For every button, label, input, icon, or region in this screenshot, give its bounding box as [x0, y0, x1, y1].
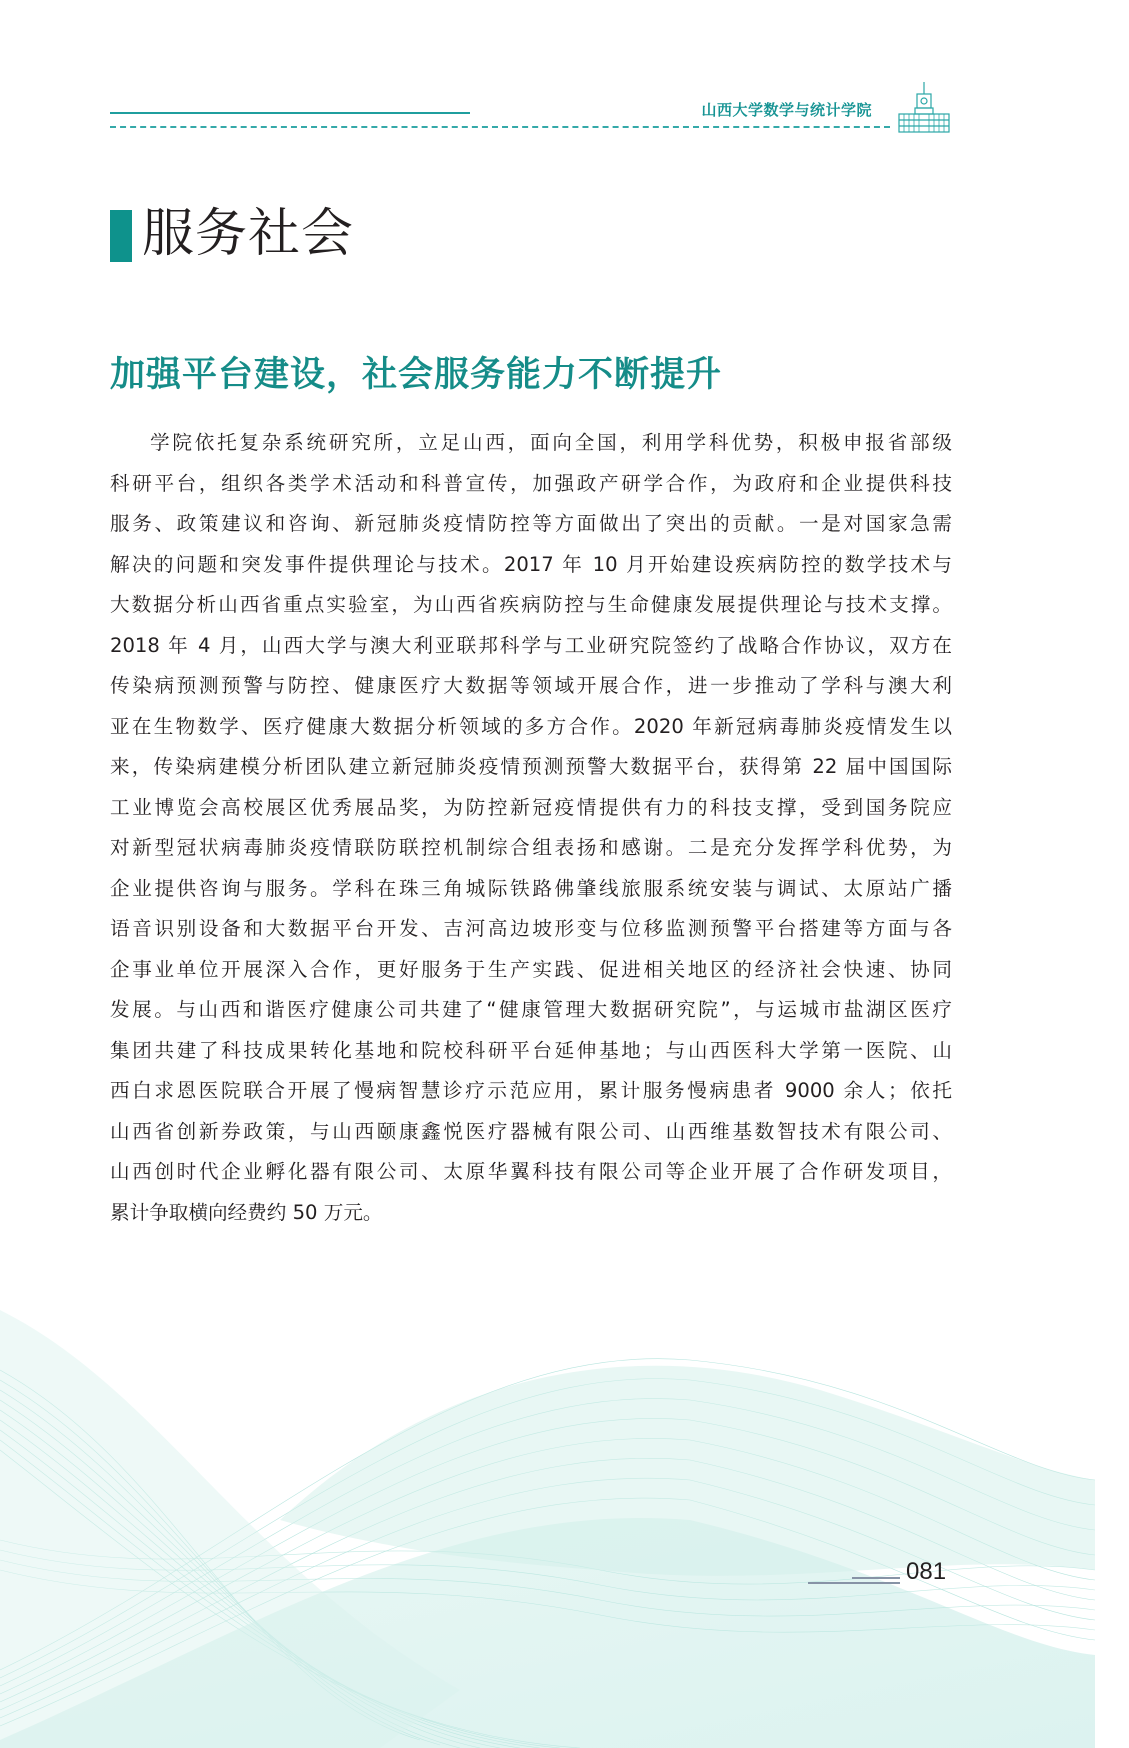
body-line: 发展。与山西和谐医疗健康公司共建了“健康管理大数据研究院”，与运城市盐湖区医疗: [110, 990, 952, 1031]
body-line: 累计争取横向经费约 50 万元。: [110, 1193, 952, 1234]
body-line: 语音识别设备和大数据平台开发、吉河高边坡形变与位移监测预警平台搭建等方面与各: [110, 909, 952, 950]
page-number-line-short: [852, 1577, 900, 1579]
body-line: 来，传染病建模分析团队建立新冠肺炎疫情预测预警大数据平台，获得第 22 届中国国…: [110, 747, 952, 788]
page-number: 081: [906, 1558, 946, 1586]
body-line: 学院依托复杂系统研究所，立足山西，面向全国，利用学科优势，积极申报省部级: [110, 423, 952, 464]
header-dashed-line: [110, 126, 890, 128]
body-line: 服务、政策建议和咨询、新冠肺炎疫情防控等方面做出了突出的贡献。一是对国家急需: [110, 504, 952, 545]
body-line: 集团共建了科技成果转化基地和院校科研平台延伸基地；与山西医科大学第一医院、山: [110, 1031, 952, 1072]
body-line: 大数据分析山西省重点实验室，为山西省疾病防控与生命健康发展提供理论与技术支撑。: [110, 585, 952, 626]
body-line: 山西创时代企业孵化器有限公司、太原华翼科技有限公司等企业开展了合作研发项目，: [110, 1152, 952, 1193]
body-line: 西白求恩医院联合开展了慢病智慧诊疗示范应用，累计服务慢病患者 9000 余人；依…: [110, 1071, 952, 1112]
section-title-bar: [110, 210, 132, 262]
subtitle-heading: 加强平台建设，社会服务能力不断提升: [110, 353, 722, 397]
body-line: 传染病预测预警与防控、健康医疗大数据等领域开展合作，进一步推动了学科与澳大利: [110, 666, 952, 707]
page-number-block: 081: [808, 1556, 958, 1596]
body-line: 科研平台，组织各类学术活动和科普宣传，加强政产研学合作，为政府和企业提供科技: [110, 464, 952, 505]
body-paragraph: 学院依托复杂系统研究所，立足山西，面向全国，利用学科优势，积极申报省部级 科研平…: [110, 423, 952, 1233]
body-line: 企业提供咨询与服务。学科在珠三角城际铁路佛肇线旅服系统安装与调试、太原站广播: [110, 869, 952, 910]
section-title: 服务社会: [142, 203, 354, 265]
body-line: 山西省创新券政策，与山西颐康鑫悦医疗器械有限公司、山西维基数智技术有限公司、: [110, 1112, 952, 1153]
university-building-icon: [895, 80, 953, 136]
body-line: 工业博览会高校展区优秀展品奖，为防控新冠疫情提供有力的科技支撑，受到国务院应: [110, 788, 952, 829]
header-institution-title: 山西大学数学与统计学院: [680, 99, 872, 120]
wave-decoration: [0, 1270, 1095, 1748]
header-solid-line: [110, 112, 470, 114]
body-line: 解决的问题和突发事件提供理论与技术。2017 年 10 月开始建设疾病防控的数学…: [110, 545, 952, 586]
body-line: 2018 年 4 月，山西大学与澳大利亚联邦科学与工业研究院签约了战略合作协议，…: [110, 626, 952, 667]
body-line: 企事业单位开展深入合作，更好服务于生产实践、促进相关地区的经济社会快速、协同: [110, 950, 952, 991]
body-line: 亚在生物数学、医疗健康大数据分析领域的多方合作。2020 年新冠病毒肺炎疫情发生…: [110, 707, 952, 748]
page-number-line-long: [808, 1582, 900, 1584]
body-line: 对新型冠状病毒肺炎疫情联防联控机制综合组表扬和感谢。二是充分发挥学科优势，为: [110, 828, 952, 869]
